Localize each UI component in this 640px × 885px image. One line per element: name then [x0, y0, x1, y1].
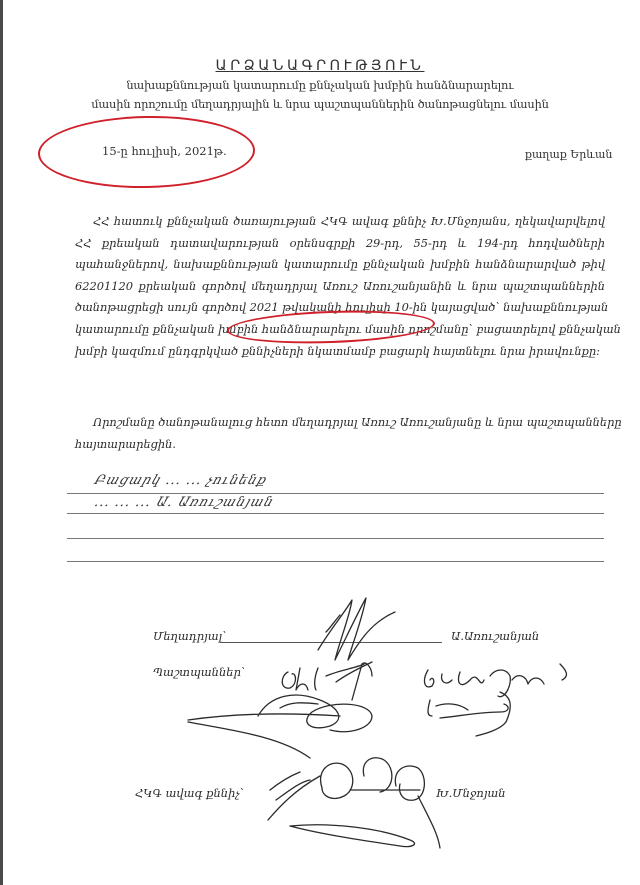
handwritten-statement-line-2: ... ... ... Ա. Առուշանյան [92, 495, 276, 510]
accused-signature [318, 598, 395, 660]
document-page: ԱՐՁԱՆԱԳՐՈՒԹՅՈՒՆ նախաքննության կատարումը … [0, 0, 640, 885]
defender-1-signature [282, 662, 372, 700]
document-subtitle-line-2: մասին որոշումը մեղադրյալին և նրա պաշտպան… [0, 97, 640, 111]
paragraph-line: ՀՀ հատուկ քննչական ծառայության ՀԿԳ ավագ … [75, 211, 605, 233]
accused-name: Ա.Առուշանյան [451, 629, 539, 643]
handwritten-statement-line-1: Բացարկ ... ... չունենք [92, 473, 269, 488]
investigator-label: ՀԿԳ ավագ քննիչ՝ [135, 786, 244, 800]
paragraph-line: ՀՀ քրեական դատավարության օրենսգրքի 29-րդ… [75, 233, 605, 255]
ruled-line [67, 561, 604, 562]
ruled-line [67, 538, 604, 539]
paragraph-line: խմբի կազմում ընդգրկված քննիչների նկատմամ… [75, 341, 605, 363]
paragraph-line: Որոշմանը ծանոթանալուց հետո մեղադրյալ Առո… [75, 412, 605, 434]
paragraph-line: հայտարարեցին. [75, 434, 605, 456]
defenders-label: Պաշտպաններ՝ [153, 665, 245, 679]
ruled-line [67, 513, 604, 514]
investigator-signature [268, 758, 440, 848]
statement-paragraph: Որոշմանը ծանոթանալուց հետո մեղադրյալ Առո… [75, 412, 605, 455]
paragraph-line: 62201120 քրեական գործով մեղադրյալ Առուշ … [75, 276, 605, 298]
paragraph-line: պահանջներով, նախաքննության կատարումը քնն… [75, 254, 605, 276]
document-subtitle-line-1: նախաքննության կատարումը քննչական խմբին հ… [0, 78, 640, 92]
document-place: քաղաք Երևան [525, 148, 612, 161]
date-highlight-ellipse [37, 114, 255, 190]
accused-label: Մեղադրյալ՝ [153, 629, 226, 643]
ruled-line [67, 493, 604, 494]
defender-2-signature [425, 664, 567, 697]
defender-3-signature [188, 695, 372, 758]
defender-4-signature [428, 692, 510, 736]
document-title: ԱՐՁԱՆԱԳՐՈՒԹՅՈՒՆ [0, 58, 640, 74]
investigator-name: Խ.Մնջոյան [436, 786, 506, 800]
accused-signature-line [220, 642, 442, 643]
